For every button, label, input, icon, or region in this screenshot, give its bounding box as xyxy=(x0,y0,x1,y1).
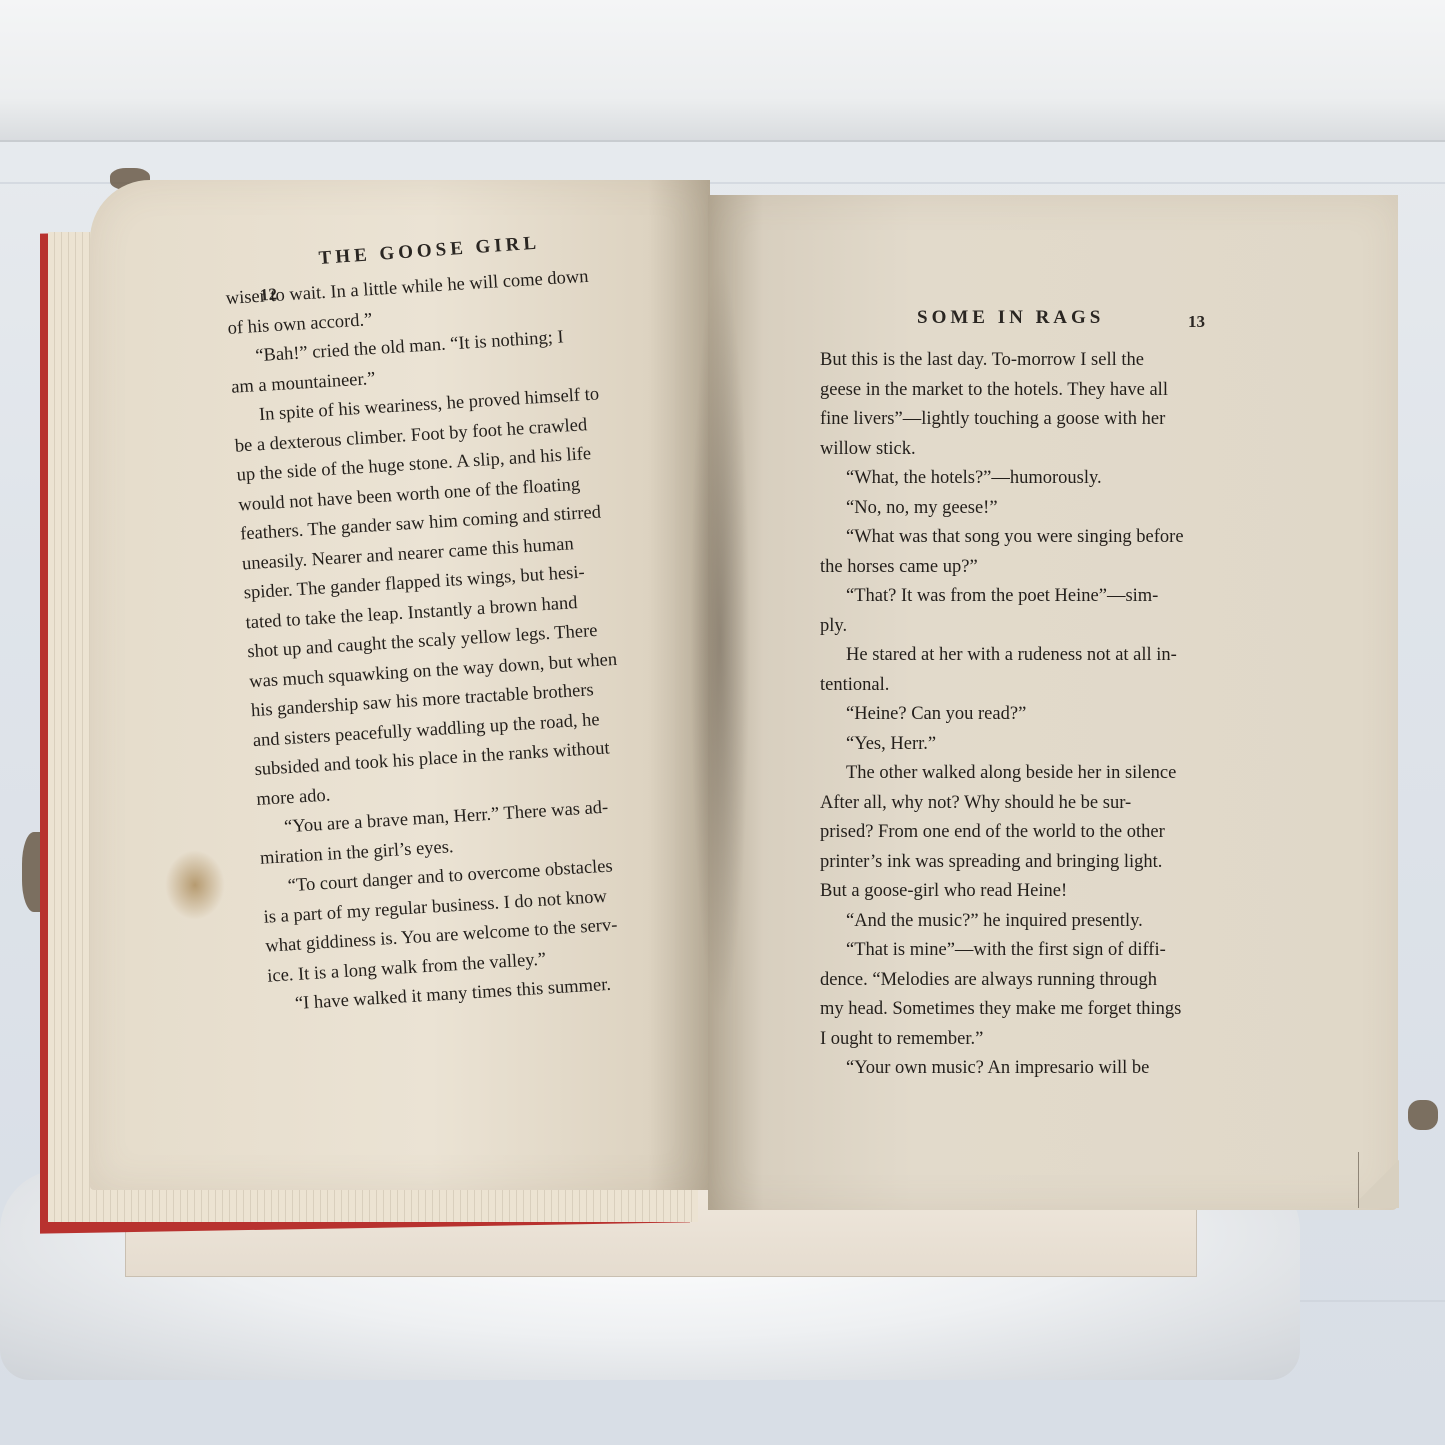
text-line: “No, no, my geese!” xyxy=(820,494,1230,524)
text-line: my head. Sometimes they make me forget t… xyxy=(820,995,1230,1025)
left-page-text: wiser to wait. In a little while he will… xyxy=(225,261,654,1021)
text-line: printer’s ink was spreading and bringing… xyxy=(820,848,1230,878)
text-line: the horses came up?” xyxy=(820,553,1230,583)
text-line: “Your own music? An impresario will be xyxy=(820,1054,1230,1084)
folded-corner xyxy=(1358,1152,1399,1208)
text-line: I ought to remember.” xyxy=(820,1025,1230,1055)
text-line: “Yes, Herr.” xyxy=(820,730,1230,760)
text-line: But this is the last day. To-morrow I se… xyxy=(820,346,1230,376)
text-line: tentional. xyxy=(820,671,1230,701)
text-line: “And the music?” he inquired presently. xyxy=(820,907,1230,937)
text-line: After all, why not? Why should he be sur… xyxy=(820,789,1230,819)
text-line: “What was that song you were singing bef… xyxy=(820,523,1230,553)
right-page-text: But this is the last day. To-morrow I se… xyxy=(820,346,1230,1084)
text-line: willow stick. xyxy=(820,435,1230,465)
gutter-stain xyxy=(690,260,750,1020)
text-line: He stared at her with a rudeness not at … xyxy=(820,641,1230,671)
text-line: fine livers”—lightly touching a goose wi… xyxy=(820,405,1230,435)
text-line: “Heine? Can you read?” xyxy=(820,700,1230,730)
foxing-stain xyxy=(165,850,225,920)
text-line: prised? From one end of the world to the… xyxy=(820,818,1230,848)
text-line: ply. xyxy=(820,612,1230,642)
text-line: “That? It was from the poet Heine”—sim- xyxy=(820,582,1230,612)
text-line: The other walked along beside her in sil… xyxy=(820,759,1230,789)
text-line: But a goose-girl who read Heine! xyxy=(820,877,1230,907)
painted-shelf-background xyxy=(0,0,1445,142)
text-line: geese in the market to the hotels. They … xyxy=(820,376,1230,406)
text-line: “What, the hotels?”—humorously. xyxy=(820,464,1230,494)
paint-chip xyxy=(1408,1100,1438,1130)
text-line: dence. “Melodies are always running thro… xyxy=(820,966,1230,996)
text-line: “That is mine”—with the first sign of di… xyxy=(820,936,1230,966)
running-head-right: SOME IN RAGS xyxy=(917,307,1104,329)
page-number-right: 13 xyxy=(1188,312,1205,332)
